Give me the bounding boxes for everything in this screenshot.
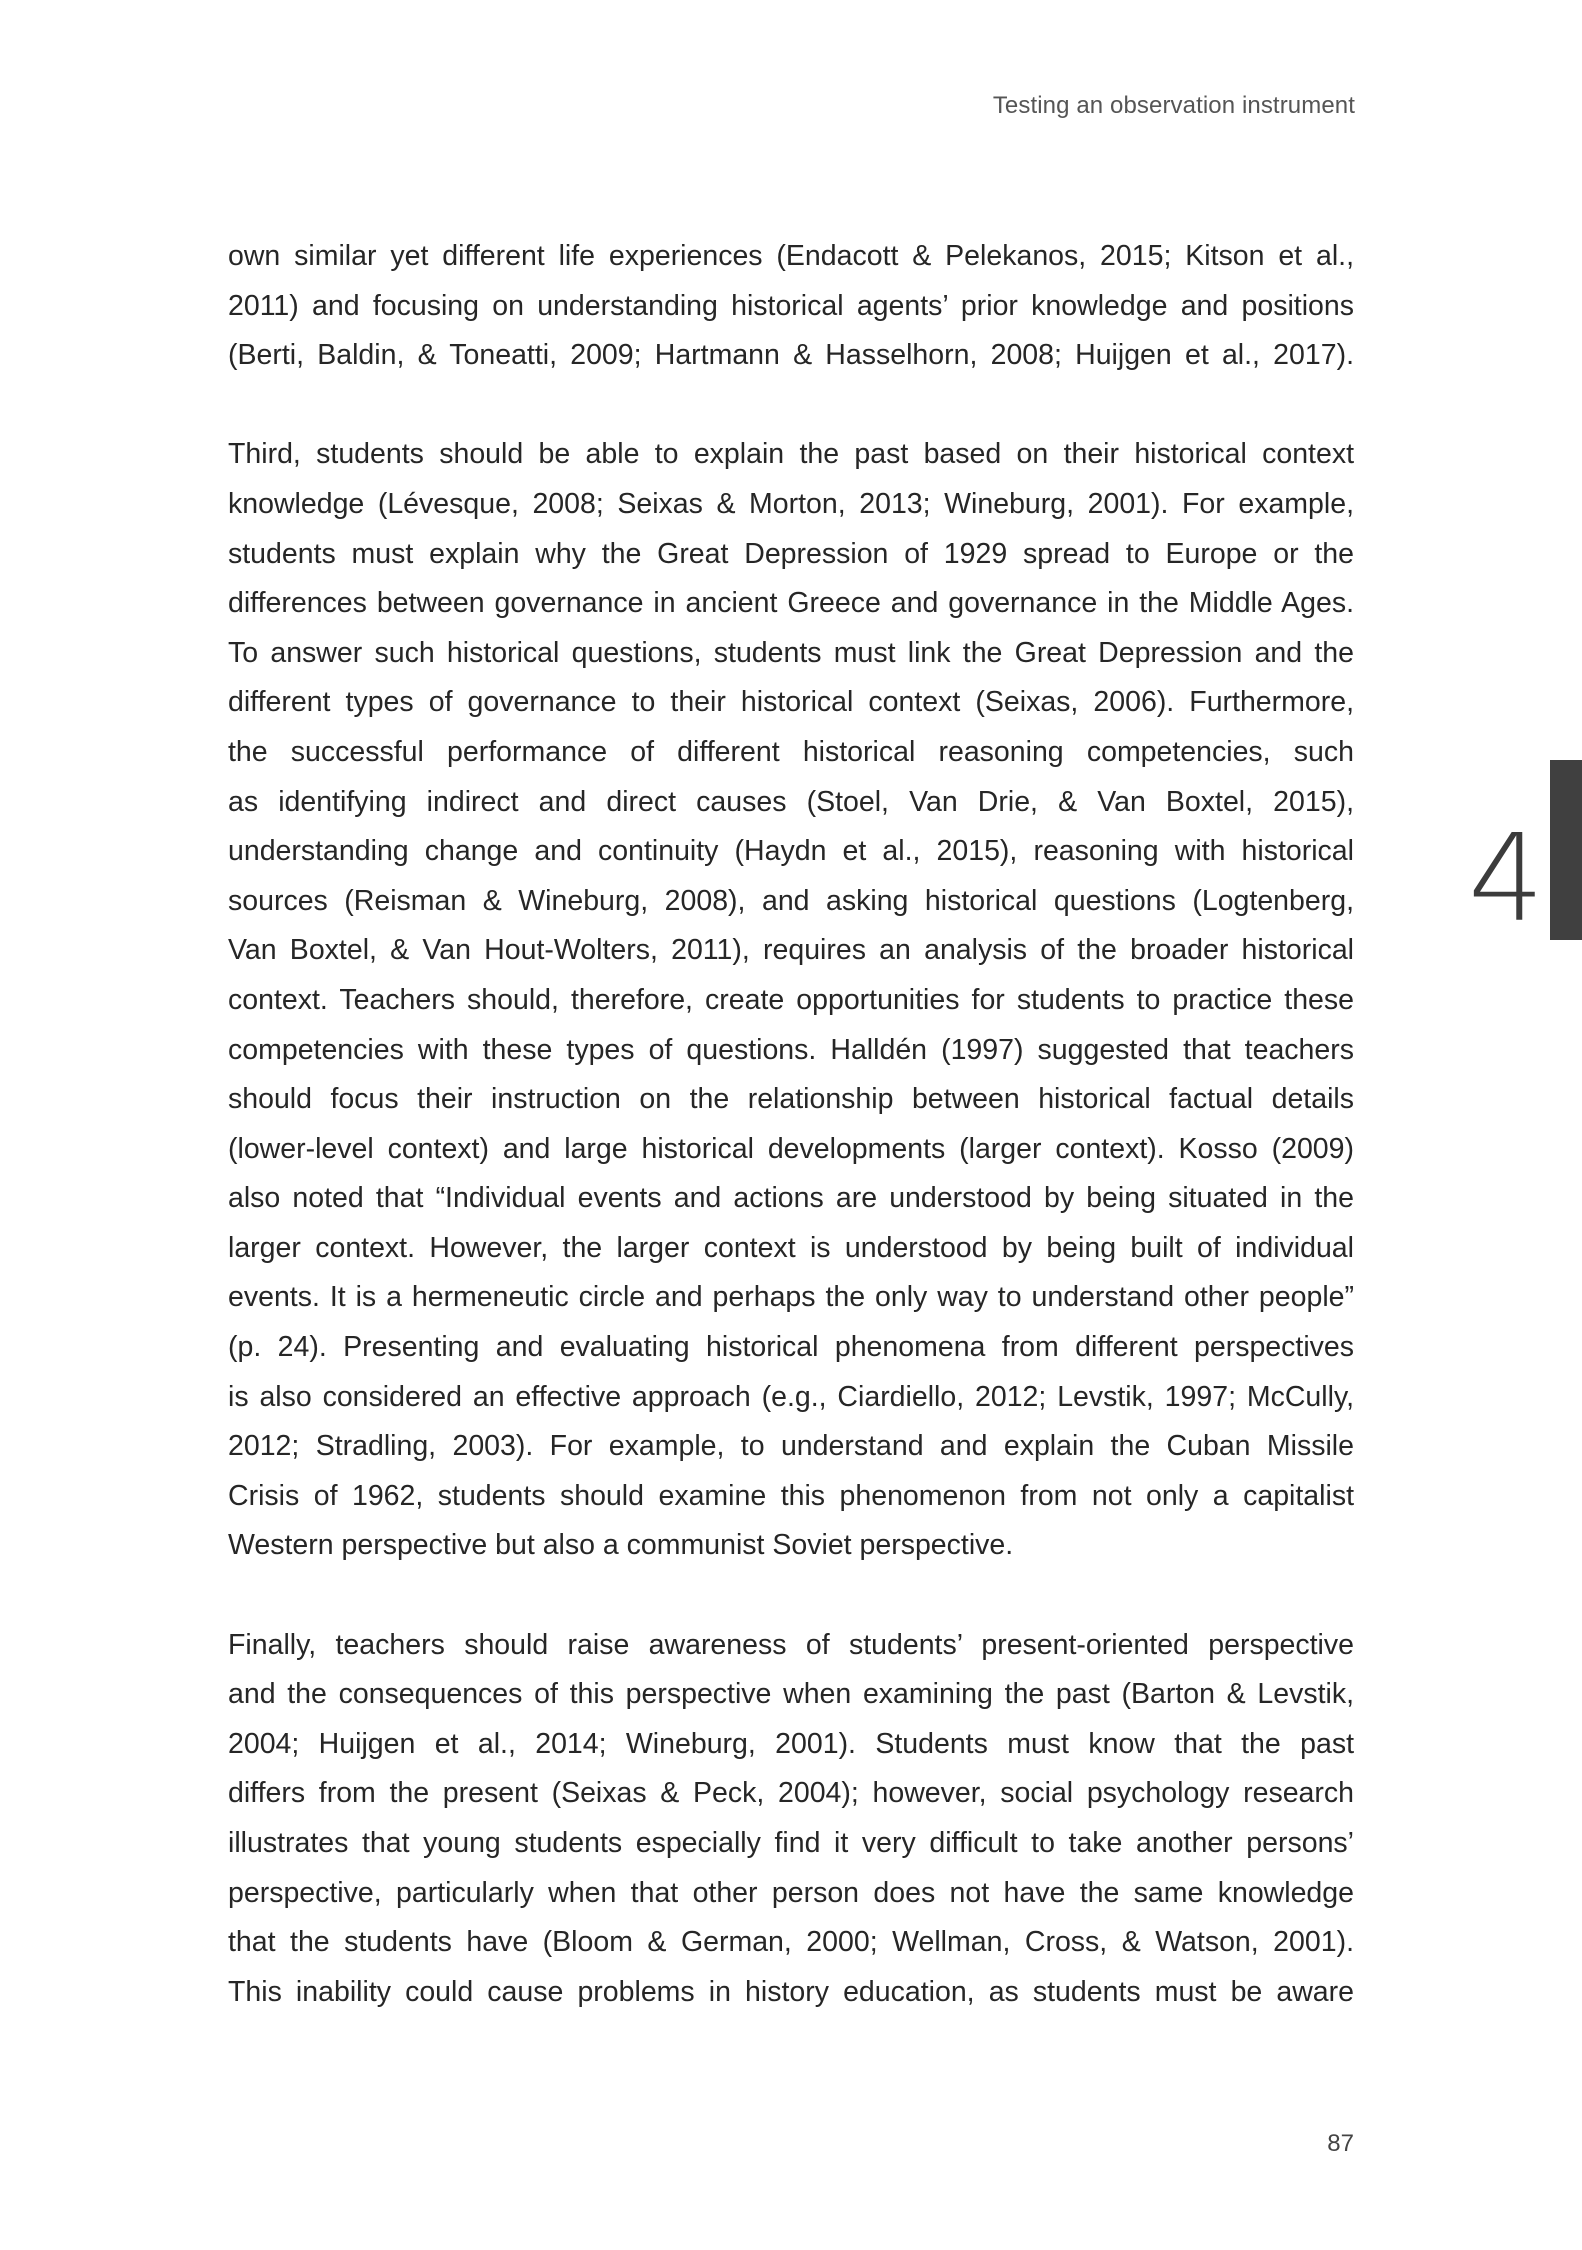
paragraph-1: own similar yet different life experienc…: [228, 232, 1354, 381]
text-line: Western perspective but also a communist…: [228, 1521, 1354, 1571]
text-line: competencies with these types of questio…: [228, 1026, 1354, 1076]
paragraph-2: Third, students should be able to explai…: [228, 430, 1354, 1571]
text-line: Crisis of 1962, students should examine …: [228, 1472, 1354, 1522]
text-line: own similar yet different life experienc…: [228, 232, 1354, 282]
text-line: (lower-level context) and large historic…: [228, 1125, 1354, 1175]
text-line: sources (Reisman & Wineburg, 2008), and …: [228, 877, 1354, 927]
text-line: that the students have (Bloom & German, …: [228, 1918, 1354, 1968]
text-line: 2004; Huijgen et al., 2014; Wineburg, 20…: [228, 1720, 1354, 1770]
text-line: 2011) and focusing on understanding hist…: [228, 282, 1354, 332]
text-line: Van Boxtel, & Van Hout-Wolters, 2011), r…: [228, 926, 1354, 976]
text-line: perspective, particularly when that othe…: [228, 1869, 1354, 1919]
text-line: and the consequences of this perspective…: [228, 1670, 1354, 1720]
running-header: Testing an observation instrument: [993, 92, 1355, 120]
text-line: should focus their instruction on the re…: [228, 1075, 1354, 1125]
text-line: Third, students should be able to explai…: [228, 430, 1354, 480]
text-line: differences between governance in ancien…: [228, 579, 1354, 629]
paragraph-3: Finally, teachers should raise awareness…: [228, 1621, 1354, 2018]
text-line: also noted that “Individual events and a…: [228, 1174, 1354, 1224]
text-line: different types of governance to their h…: [228, 678, 1354, 728]
text-line: events. It is a hermeneutic circle and p…: [228, 1273, 1354, 1323]
text-line: as identifying indirect and direct cause…: [228, 778, 1354, 828]
text-line: 2012; Stradling, 2003). For example, to …: [228, 1422, 1354, 1472]
page-number: 87: [1327, 2130, 1354, 2158]
text-line: knowledge (Lévesque, 2008; Seixas & Mort…: [228, 480, 1354, 530]
chapter-number: 4: [1468, 830, 1544, 930]
text-line: This inability could cause problems in h…: [228, 1968, 1354, 2018]
text-line: larger context. However, the larger cont…: [228, 1224, 1354, 1274]
text-line: (p. 24). Presenting and evaluating histo…: [228, 1323, 1354, 1373]
text-line: students must explain why the Great Depr…: [228, 530, 1354, 580]
text-line: the successful performance of different …: [228, 728, 1354, 778]
chapter-tab: 4: [1468, 760, 1582, 940]
text-line: understanding change and continuity (Hay…: [228, 827, 1354, 877]
text-line: Finally, teachers should raise awareness…: [228, 1621, 1354, 1671]
text-line: illustrates that young students especial…: [228, 1819, 1354, 1869]
text-line: differs from the present (Seixas & Peck,…: [228, 1769, 1354, 1819]
text-line: To answer such historical questions, stu…: [228, 629, 1354, 679]
text-line: (Berti, Baldin, & Toneatti, 2009; Hartma…: [228, 331, 1354, 381]
text-line: is also considered an effective approach…: [228, 1373, 1354, 1423]
page-body: own similar yet different life experienc…: [228, 232, 1354, 2017]
chapter-bar: [1550, 760, 1582, 940]
text-line: context. Teachers should, therefore, cre…: [228, 976, 1354, 1026]
